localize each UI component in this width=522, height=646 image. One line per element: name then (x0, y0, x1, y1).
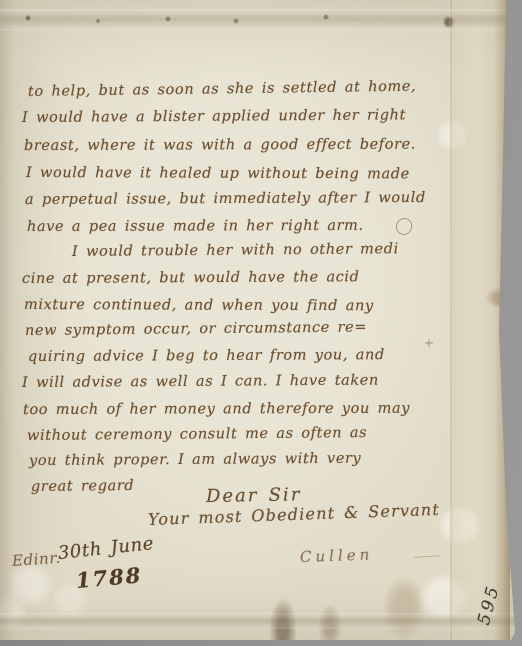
bottom-fold-crease (0, 613, 516, 629)
closing-salutation: Dear Sir (206, 484, 302, 507)
letter-line: too much of her money and therefore you … (23, 401, 410, 418)
left-edge-shading (0, 0, 14, 640)
top-fold-crease (0, 9, 516, 31)
letter-line: a perpetual issue, but immediately after… (25, 190, 426, 208)
dateline-place: Edinr. (11, 549, 61, 570)
ink-plus-mark: + (424, 336, 434, 350)
letter-line: have a pea issue made in her right arm. (27, 218, 364, 235)
letter-line: breast, where it was with a good effect … (24, 137, 416, 154)
letter-line: I would trouble her with no other medi (72, 241, 399, 260)
faint-signature: Cullen (300, 545, 374, 566)
tanned-right-edge (494, 0, 510, 640)
letter-line: I would have a blister applied under her… (22, 107, 406, 126)
letter-line: cine at present, but would have the acid (22, 269, 360, 287)
letter-line: without ceremony consult me as often as (27, 425, 367, 444)
letter-line: quiring advice I beg to hear from you, a… (28, 347, 385, 365)
scanned-letter-screenshot: { "page": { "background_color": "#8d8d8d… (0, 0, 522, 646)
letter-line: I would have it healed up without being … (26, 165, 410, 182)
vertical-fold-crease (449, 0, 453, 640)
letter-line: you think proper. I am always with very (29, 451, 361, 469)
letter-line: great regard (31, 478, 134, 495)
letter-line: I will advise as well as I can. I have t… (22, 373, 379, 391)
letter-line: mixture continued, and when you find any (24, 297, 374, 314)
